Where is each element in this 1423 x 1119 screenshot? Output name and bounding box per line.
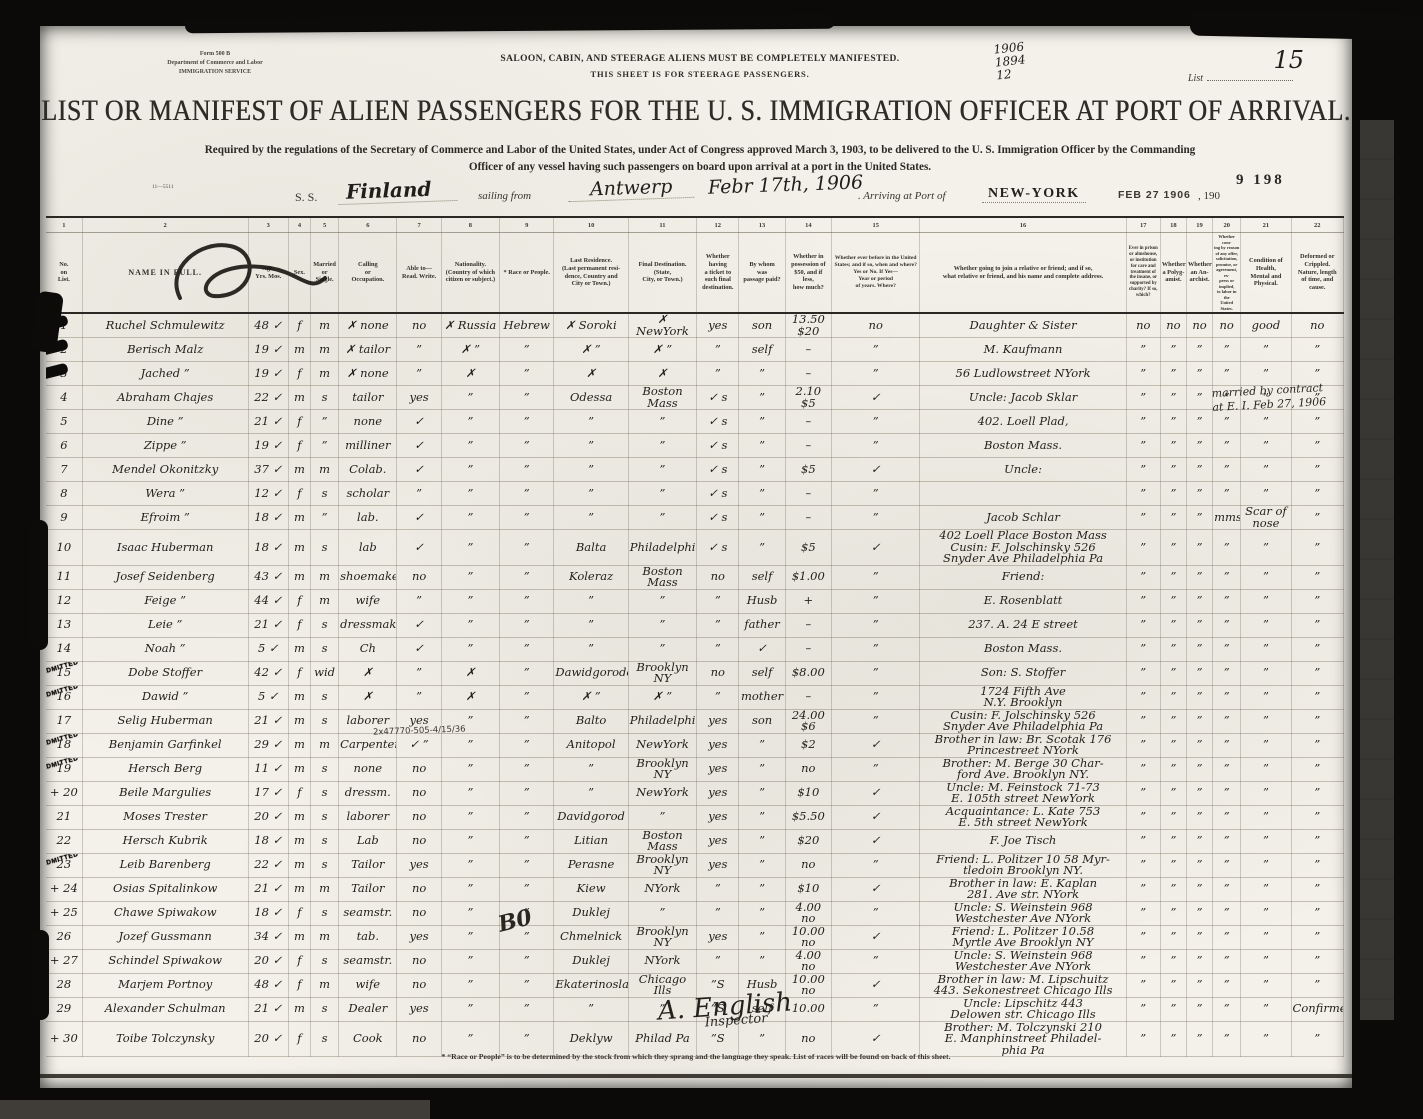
cell-anar: ” (1186, 637, 1212, 661)
cell-read: no (397, 565, 441, 589)
cell-rel: Acquaintance: L. Kate 753 E. 5th street … (920, 805, 1126, 829)
cell-race: ” (500, 458, 554, 482)
cell-rel: Friend: (920, 565, 1126, 589)
cell-age: 42 ✓ (248, 661, 288, 685)
cell-labor: ” (1213, 613, 1241, 637)
cell-before: ” (831, 637, 920, 661)
cell-name: Schindel Spiwakow (82, 949, 248, 973)
cell-read: no (397, 829, 441, 853)
cell-sex: m (288, 853, 310, 877)
cell-ms: m (311, 565, 339, 589)
cell-no: 15ADMITTED (46, 661, 82, 685)
cell-dest: NYork (628, 877, 696, 901)
cell-money: – (785, 482, 831, 506)
cell-age: 19 ✓ (248, 362, 288, 386)
cell-sex: f (288, 949, 310, 973)
cell-labor: ” (1213, 589, 1241, 613)
cell-dest: Philadelphia (628, 709, 696, 733)
cell-health: ” (1241, 949, 1291, 973)
cell-dest: ✗ NewYork (628, 313, 696, 338)
cell-prison: ” (1126, 781, 1160, 805)
cell-occ: lab. (339, 506, 397, 530)
cell-age: 21 ✓ (248, 613, 288, 637)
scan-edge-strip (1360, 120, 1394, 1020)
column-number: 15 (831, 217, 920, 233)
cell-no: 21 (46, 805, 82, 829)
cell-occ: Ch (339, 637, 397, 661)
column-header-age: Age. Yrs. Mos. (248, 233, 288, 314)
cell-dest: ” (628, 805, 696, 829)
cell-tkt: ” (697, 613, 739, 637)
cell-health: ” (1241, 973, 1291, 997)
cell-race: Hebrew (500, 313, 554, 338)
cell-paid: ” (739, 386, 785, 410)
cell-nat: ” (441, 853, 499, 877)
notice-steerage: THIS SHEET IS FOR STEERAGE PASSENGERS. (360, 69, 1040, 79)
annotation-married-by-contract: married by contract at E. I. Feb 27, 190… (1211, 381, 1326, 416)
cell-labor: ” (1213, 781, 1241, 805)
cell-dest: Philadelphia (628, 530, 696, 566)
table-row: 19ADMITTEDHersch Berg11 ✓msnoneno”””Broo… (46, 757, 1344, 781)
cell-race: ” (500, 506, 554, 530)
cell-name: Mendel Okonitzky (82, 458, 248, 482)
cell-anar: ” (1186, 877, 1212, 901)
departure-port: Antwerp (568, 175, 695, 202)
cell-age: 21 ✓ (248, 997, 288, 1021)
column-number: 7 (397, 217, 441, 233)
cell-prison: ” (1126, 613, 1160, 637)
cell-ms: s (311, 853, 339, 877)
cell-age: 48 ✓ (248, 973, 288, 997)
cell-rel: 237. A. 24 E street (920, 613, 1126, 637)
cell-poly: ” (1160, 829, 1186, 853)
cell-anar: ” (1186, 781, 1212, 805)
cell-money: – (785, 637, 831, 661)
cell-ms: m (311, 362, 339, 386)
cell-res: ” (554, 757, 628, 781)
cell-money: 24.00 $6 (785, 709, 831, 733)
cell-ms: s (311, 637, 339, 661)
cell-occ: ✗ tailor (339, 338, 397, 362)
cell-sex: f (288, 313, 310, 338)
manifest-notices: SALOON, CABIN, AND STEERAGE ALIENS MUST … (360, 54, 1040, 79)
cell-money: $8.00 (785, 661, 831, 685)
cell-labor: ” (1213, 637, 1241, 661)
cell-age: 20 ✓ (248, 805, 288, 829)
cell-anar: ” (1186, 997, 1212, 1021)
cell-paid: ” (739, 506, 785, 530)
arrival-port: NEW-YORK (982, 186, 1086, 203)
cell-money: $2 (785, 733, 831, 757)
cell-money: 4.00 no (785, 901, 831, 925)
cell-anar: ” (1186, 362, 1212, 386)
column-header-race: * Race or People. (500, 233, 554, 314)
cell-name: Selig Huberman (82, 709, 248, 733)
cell-before: ” (831, 949, 920, 973)
notice-manifested: SALOON, CABIN, AND STEERAGE ALIENS MUST … (360, 54, 1040, 64)
cell-paid: ” (739, 925, 785, 949)
cell-before: ” (831, 482, 920, 506)
cell-poly: ” (1160, 386, 1186, 410)
stamp-blob (46, 363, 69, 381)
cell-anar: ” (1186, 410, 1212, 434)
voyage-line: S. S. Finland sailing from Antwerp Febr … (40, 176, 1352, 214)
cell-no: 26 (46, 925, 82, 949)
cell-poly: ” (1160, 482, 1186, 506)
cell-rel (920, 482, 1126, 506)
cell-nat: ” (441, 434, 499, 458)
cell-prison: ” (1126, 805, 1160, 829)
cell-paid: father (739, 613, 785, 637)
cell-tkt: yes (697, 709, 739, 733)
cell-labor: ” (1213, 565, 1241, 589)
column-header-ms: Married or Single. (311, 233, 339, 314)
cell-def: ” (1291, 829, 1343, 853)
cell-read: no (397, 973, 441, 997)
cell-res: Balto (554, 709, 628, 733)
cell-poly: ” (1160, 973, 1186, 997)
cell-poly: ” (1160, 877, 1186, 901)
cell-nat: ” (441, 589, 499, 613)
cell-age: 21 ✓ (248, 877, 288, 901)
cell-prison: ” (1126, 410, 1160, 434)
cell-money: – (785, 685, 831, 709)
cell-no: 7 (46, 458, 82, 482)
cell-before: ” (831, 661, 920, 685)
cell-rel: Uncle: Jacob Sklar (920, 386, 1126, 410)
cell-nat: ✗ (441, 362, 499, 386)
cell-nat: ” (441, 565, 499, 589)
table-row: 5Dine ”21 ✓f”none✓””””✓ s”–”402. Loell P… (46, 410, 1344, 434)
cell-def: ” (1291, 434, 1343, 458)
cell-no: + 24 (46, 877, 82, 901)
cell-nat: ” (441, 757, 499, 781)
cell-health: ” (1241, 757, 1291, 781)
cell-read: ✓ (397, 506, 441, 530)
cell-health: ” (1241, 901, 1291, 925)
cell-no: 11 (46, 565, 82, 589)
cell-money: – (785, 410, 831, 434)
cell-ms: ” (311, 434, 339, 458)
column-number: 8 (441, 217, 499, 233)
cell-poly: ” (1160, 565, 1186, 589)
column-number: 9 (500, 217, 554, 233)
cell-name: Noah ” (82, 637, 248, 661)
column-number: 10 (554, 217, 628, 233)
cell-paid: ” (739, 781, 785, 805)
cell-poly: ” (1160, 613, 1186, 637)
cell-name: Abraham Chajes (82, 386, 248, 410)
cell-race: ” (500, 997, 554, 1021)
manifest-sheet: Form 500 B Department of Commerce and La… (40, 26, 1352, 1088)
cell-prison: ” (1126, 973, 1160, 997)
cell-nat: ” (441, 973, 499, 997)
cell-def: ” (1291, 781, 1343, 805)
cell-sex: m (288, 925, 310, 949)
cell-prison: ” (1126, 949, 1160, 973)
cell-tkt: yes (697, 829, 739, 853)
cell-res: ” (554, 410, 628, 434)
cell-occ: scholar (339, 482, 397, 506)
cell-ms: m (311, 313, 339, 338)
cell-dest: ” (628, 506, 696, 530)
cell-occ: seamstr. (339, 949, 397, 973)
cell-prison: ” (1126, 733, 1160, 757)
cell-prison: ” (1126, 877, 1160, 901)
cell-before: ” (831, 997, 920, 1021)
table-row: + 20Beile Margulies17 ✓fsdressm.no”””New… (46, 781, 1344, 805)
column-number: 21 (1241, 217, 1291, 233)
cell-no: 13 (46, 613, 82, 637)
regulation-text: Required by the regulations of the Secre… (100, 142, 1300, 177)
cell-poly: ” (1160, 338, 1186, 362)
cell-sex: f (288, 482, 310, 506)
cell-occ: wife (339, 973, 397, 997)
cell-sex: f (288, 613, 310, 637)
column-number: 11 (628, 217, 696, 233)
cell-rel: 56 Ludlowstreet NYork (920, 362, 1126, 386)
cell-nat: ” (441, 781, 499, 805)
admitted-stamp: ADMITTED (46, 685, 80, 700)
admitted-stamp: ADMITTED (46, 757, 80, 772)
cell-dest: ” (628, 901, 696, 925)
service-name: IMMIGRATION SERVICE (140, 68, 290, 77)
cell-sex: f (288, 589, 310, 613)
cell-occ: lab (339, 530, 397, 566)
column-number: 4 (288, 217, 310, 233)
table-row: + 24Osias Spitalinkow21 ✓mmTailorno””Kie… (46, 877, 1344, 901)
cell-sex: f (288, 362, 310, 386)
cell-paid: ” (739, 530, 785, 566)
cell-labor: ” (1213, 458, 1241, 482)
cell-res: ” (554, 781, 628, 805)
table-row: 11Josef Seidenberg43 ✓mmshoemakerno””Kol… (46, 565, 1344, 589)
ss-label: S. S. (295, 190, 317, 205)
cell-rel: E. Rosenblatt (920, 589, 1126, 613)
cell-money: + (785, 589, 831, 613)
cell-occ: none (339, 757, 397, 781)
cell-prison: ” (1126, 506, 1160, 530)
cell-prison: ” (1126, 685, 1160, 709)
cell-money: – (785, 362, 831, 386)
cell-rel: Brother in law: M. Lipschuitz 443. Sekon… (920, 973, 1126, 997)
cell-def: ” (1291, 565, 1343, 589)
cell-tkt: yes (697, 805, 739, 829)
cell-dest: NYork (628, 949, 696, 973)
cell-dest: NewYork (628, 733, 696, 757)
cell-paid: ” (739, 949, 785, 973)
cell-occ: Dealer (339, 997, 397, 1021)
bottom-rule (40, 1074, 1352, 1078)
cell-ms: s (311, 709, 339, 733)
arrival-date-stamp: FEB 27 1906 (1118, 189, 1191, 201)
cell-def: ” (1291, 757, 1343, 781)
cell-tkt: yes (697, 925, 739, 949)
cell-dest: Brooklyn NY (628, 853, 696, 877)
column-header-sex: Sex. (288, 233, 310, 314)
cell-dest: Brooklyn NY (628, 661, 696, 685)
cell-rel: 1724 Fifth Ave N.Y. Brooklyn (920, 685, 1126, 709)
cell-rel: Daughter & Sister (920, 313, 1126, 338)
cell-paid: ” (739, 805, 785, 829)
cell-no: 10 (46, 530, 82, 566)
cell-race: ” (500, 589, 554, 613)
cell-nat: ” (441, 482, 499, 506)
cell-race: ” (500, 781, 554, 805)
cell-anar: no (1186, 313, 1212, 338)
cell-read: ” (397, 338, 441, 362)
cell-age: 48 ✓ (248, 313, 288, 338)
cell-def: ” (1291, 925, 1343, 949)
cell-dest: ✗ (628, 362, 696, 386)
cell-rel: M. Kaufmann (920, 338, 1126, 362)
cell-nat: ✗ (441, 685, 499, 709)
cell-sex: m (288, 829, 310, 853)
cell-nat: ” (441, 637, 499, 661)
table-row: 4Abraham Chajes22 ✓mstailoryes””OdessaBo… (46, 386, 1344, 410)
cell-occ: dressmaker (339, 613, 397, 637)
column-number: 14 (785, 217, 831, 233)
cell-prison: ” (1126, 709, 1160, 733)
cell-def: ” (1291, 901, 1343, 925)
cell-rel: F. Joe Tisch (920, 829, 1126, 853)
cell-name: Efroim ” (82, 506, 248, 530)
cell-ms: m (311, 589, 339, 613)
cell-sex: m (288, 506, 310, 530)
cell-read: ” (397, 661, 441, 685)
column-header-read: Able to— Read. Write. (397, 233, 441, 314)
cell-nat: ” (441, 901, 499, 925)
cell-occ: Colab. (339, 458, 397, 482)
cell-occ: none (339, 410, 397, 434)
cell-race: ” (500, 853, 554, 877)
sailing-date: Febr 17th, 1906 (708, 171, 864, 198)
cell-money: 4.00 no (785, 949, 831, 973)
sailing-from-label: sailing from (478, 190, 531, 202)
cell-paid: son (739, 313, 785, 338)
cell-paid: ” (739, 733, 785, 757)
cell-age: 21 ✓ (248, 410, 288, 434)
cell-rel: Boston Mass. (920, 434, 1126, 458)
cell-sex: f (288, 973, 310, 997)
cell-rel: Uncle: (920, 458, 1126, 482)
admitted-stamp: ADMITTED (46, 733, 80, 748)
cell-no: 19ADMITTED (46, 757, 82, 781)
cell-before: ” (831, 613, 920, 637)
cell-res: ” (554, 482, 628, 506)
cell-no: 16ADMITTED (46, 685, 82, 709)
cell-tkt: yes (697, 313, 739, 338)
cell-res: Chmelnick (554, 925, 628, 949)
cell-occ: milliner (339, 434, 397, 458)
cell-occ: shoemaker (339, 565, 397, 589)
cell-money: $5 (785, 458, 831, 482)
cell-before: ” (831, 434, 920, 458)
cell-health: ” (1241, 709, 1291, 733)
cell-nat: ” (441, 997, 499, 1021)
cell-sex: m (288, 458, 310, 482)
cell-poly: ” (1160, 589, 1186, 613)
column-number: 6 (339, 217, 397, 233)
column-number: 17 (1126, 217, 1160, 233)
race-footnote: * “Race or People” is to be determined b… (40, 1052, 1352, 1061)
cell-name: Wera ” (82, 482, 248, 506)
cell-res: ” (554, 589, 628, 613)
cell-race: ” (500, 613, 554, 637)
cell-labor: ” (1213, 805, 1241, 829)
cell-no: + 25 (46, 901, 82, 925)
cell-rel: Brother: M. Berge 30 Char- ford Ave. Bro… (920, 757, 1126, 781)
cell-tkt: yes (697, 733, 739, 757)
admitted-stamp: ADMITTED (46, 661, 80, 676)
cell-race: ” (500, 757, 554, 781)
cell-sex: m (288, 637, 310, 661)
cell-res: Duklej (554, 901, 628, 925)
cell-ms: m (311, 733, 339, 757)
cell-res: ” (554, 637, 628, 661)
cell-before: ✓ (831, 458, 920, 482)
cell-read: ” (397, 362, 441, 386)
cell-tkt: ✓ s (697, 386, 739, 410)
cell-name: Berisch Malz (82, 338, 248, 362)
cell-age: 19 ✓ (248, 434, 288, 458)
cell-def: ” (1291, 661, 1343, 685)
cell-paid: ” (739, 901, 785, 925)
cell-anar: ” (1186, 949, 1212, 973)
cell-name: Dawid ” (82, 685, 248, 709)
cell-no: 5 (46, 410, 82, 434)
cell-nat: ” (441, 530, 499, 566)
cell-race: ” (500, 661, 554, 685)
cell-no: 23ADMITTED (46, 853, 82, 877)
cell-rel: Cusin: F. Jolschinsky 526 Snyder Ave Phi… (920, 709, 1126, 733)
cell-tkt: ” (697, 949, 739, 973)
cell-def: ” (1291, 949, 1343, 973)
cell-race: ” (500, 362, 554, 386)
arriving-label: . Arriving at Port of (858, 190, 946, 202)
cell-name: Alexander Schulman (82, 997, 248, 1021)
cell-money: no (785, 853, 831, 877)
cell-rel: Uncle: Lipschitz 443 Delowen str. Chicag… (920, 997, 1126, 1021)
cell-before: ” (831, 410, 920, 434)
table-row: 7Mendel Okonitzky37 ✓mmColab.✓””””✓ s”$5… (46, 458, 1344, 482)
cell-ms: s (311, 997, 339, 1021)
cell-paid: ✓ (739, 637, 785, 661)
cell-age: 22 ✓ (248, 853, 288, 877)
cell-health: ” (1241, 613, 1291, 637)
cell-age: 34 ✓ (248, 925, 288, 949)
cell-prison: ” (1126, 829, 1160, 853)
cell-age: 44 ✓ (248, 589, 288, 613)
cell-race: ” (500, 949, 554, 973)
cell-name: Dobe Stoffer (82, 661, 248, 685)
cell-read: no (397, 313, 441, 338)
cell-no: 18ADMITTED (46, 733, 82, 757)
cell-poly: ” (1160, 530, 1186, 566)
cell-res: Davidgorod (554, 805, 628, 829)
cell-race: ” (500, 877, 554, 901)
cell-occ: ✗ (339, 685, 397, 709)
table-row: 3Jached ”19 ✓fm✗ none”✗”✗✗””–”56 Ludlows… (46, 362, 1344, 386)
cell-read: ✓ (397, 458, 441, 482)
cell-def: ” (1291, 973, 1343, 997)
cell-anar: ” (1186, 661, 1212, 685)
cell-health: ” (1241, 685, 1291, 709)
cell-sex: m (288, 733, 310, 757)
cell-dest: ” (628, 458, 696, 482)
cell-ms: s (311, 781, 339, 805)
cell-sex: f (288, 434, 310, 458)
